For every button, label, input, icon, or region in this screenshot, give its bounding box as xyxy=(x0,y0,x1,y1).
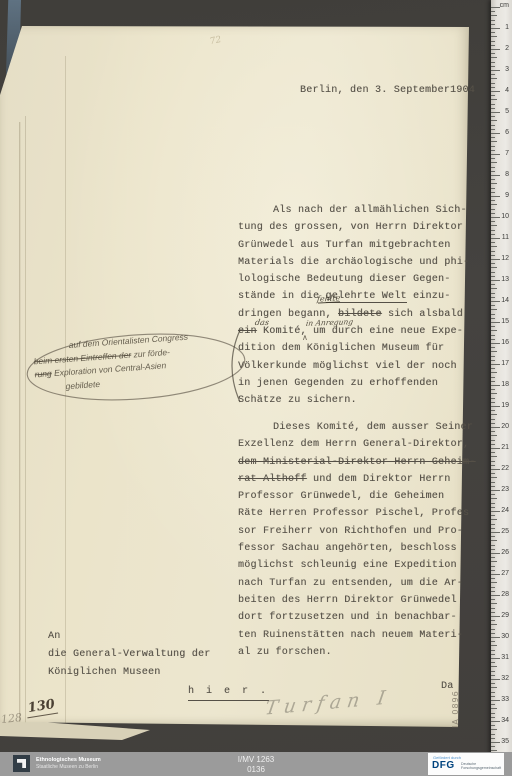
ruler-number: 18 xyxy=(501,381,509,389)
shelfmark-image-number: 0136 xyxy=(238,765,274,775)
typed-line: stände in die gelehrte Welt einzu- xyxy=(238,288,469,305)
typed-text: stände in die xyxy=(238,291,326,302)
ruler-number: 16 xyxy=(501,339,509,347)
footer-bar: Ethnologisches Museum Staatliche Museen … xyxy=(0,752,512,776)
struck-line: dem Ministerial-Direktor Herrn Geheim- xyxy=(238,454,476,471)
ruler-number: 27 xyxy=(501,570,509,578)
typed-line: in jenen Gegenden zu erhoffenden xyxy=(238,375,469,392)
typed-line: dition dem Königlichen Museum für xyxy=(238,340,469,357)
typed-text: und dem Direktor Herrn xyxy=(307,474,451,485)
margin-connector-brace xyxy=(222,328,244,404)
typed-text: sich alsbald xyxy=(382,309,463,320)
address-line: die General-Verwaltung der xyxy=(48,646,211,664)
inventory-stamp: IA 0896 xyxy=(451,682,461,728)
typed-line: Professor Grünwedel, die Geheimen xyxy=(238,488,476,505)
ruler-number: 3 xyxy=(505,66,509,74)
typed-line: fessor Sachau angehörten, beschloss xyxy=(238,540,476,557)
ruler-number: 1 xyxy=(505,24,509,32)
paragraph-1: Als nach der allmählichen Sich- tung des… xyxy=(238,202,469,410)
address-line: Königlichen Museen xyxy=(48,664,211,682)
ruler-number: 28 xyxy=(501,591,509,599)
paragraph-2: Dieses Komité, dem ausser Seiner Exzelle… xyxy=(238,419,476,661)
ruler-number: 31 xyxy=(501,654,509,662)
typed-line: beiten des Herrn Direktor Grünwedel xyxy=(238,592,476,609)
ruler-number: 4 xyxy=(505,87,509,95)
typed-line: Als nach der allmählichen Sich- xyxy=(238,202,469,219)
typed-line: möglichst schleunig eine Expedition xyxy=(238,557,476,574)
typed-line: Exzellenz dem Herrn General-Direktor, xyxy=(238,436,476,453)
ruler-number: 10 xyxy=(501,213,509,221)
museum-logo-mark xyxy=(17,759,26,768)
ruler-number: 6 xyxy=(505,129,509,137)
page-crease xyxy=(25,116,26,726)
ruler-number: 24 xyxy=(501,507,509,515)
address-block: An die General-Verwaltung der Königliche… xyxy=(48,628,211,682)
ruler-number: 29 xyxy=(501,612,509,620)
typed-line: nach Turfan zu entsenden, um die Ar- xyxy=(238,575,476,592)
typed-text: einzu- xyxy=(407,291,451,302)
handwritten-text: zur förde- xyxy=(131,346,171,359)
typed-line: dort fortzusetzen und in benachbar- xyxy=(238,609,476,626)
address-hier: h i e r . xyxy=(188,683,269,701)
handwritten-correction: das xyxy=(254,318,270,327)
dfg-org-line: Forschungsgemeinschaft xyxy=(461,766,501,770)
ruler-number: 20 xyxy=(501,423,509,431)
dfg-logo-box: Gefördert durch DFG Deutsche Forschungsg… xyxy=(428,753,504,775)
typed-line: Materials die archäologische und phi- xyxy=(238,254,469,271)
ruler-number: 19 xyxy=(501,402,509,410)
struck-handwriting: rung xyxy=(34,368,52,379)
ruler-number: 2 xyxy=(505,45,509,53)
typed-line: Dieses Komité, dem ausser Seiner xyxy=(238,419,476,436)
struck-text: rat Althoff xyxy=(238,474,307,485)
page-crease xyxy=(19,122,21,722)
ruler-number: 32 xyxy=(501,675,509,683)
ruler-number: 7 xyxy=(505,150,509,158)
dateline: Berlin, den 3. September1904 xyxy=(300,82,475,99)
insertion-caret: ∧ xyxy=(302,333,308,342)
museum-subtitle: Staatliche Museen zu Berlin xyxy=(36,764,98,770)
typed-line: Völkerkunde möglichst viel der noch xyxy=(238,358,469,375)
ruler-number: 11 xyxy=(502,234,509,242)
ruler-number: 8 xyxy=(505,171,509,179)
ruler-number: 9 xyxy=(505,192,509,200)
typed-line: Grünwedel aus Turfan mitgebrachten xyxy=(238,237,469,254)
ink-folio-number-under: 128 xyxy=(0,711,22,726)
typed-line: tung des grossen, von Herrn Direktor xyxy=(238,219,469,236)
ruler-number: 22 xyxy=(501,465,509,473)
ruler-number: 23 xyxy=(501,486,509,494)
typed-line: Räte Herren Professor Pischel, Profes xyxy=(238,505,476,522)
museum-name: Ethnologisches Museum xyxy=(36,757,101,763)
typed-text: Komité, um durch eine neue Expe- xyxy=(257,326,463,337)
ruler-number: 5 xyxy=(505,108,509,116)
archive-scan-viewer: 72 Berlin, den 3. September1904 Als nach… xyxy=(0,0,512,776)
ruler-unit-label: cm xyxy=(500,2,509,9)
ruler-number: 25 xyxy=(501,528,509,536)
typed-line: sor Freiherr von Richthofen und Pro- xyxy=(238,523,476,540)
ruler-number: 34 xyxy=(501,717,509,725)
typed-line: al zu forschen. xyxy=(238,644,476,661)
shelfmark-signature: I/MV 1263 xyxy=(238,755,274,765)
dfg-logo: DFG xyxy=(432,760,455,771)
ruler-number: 14 xyxy=(501,297,509,305)
typed-line: dringen begann, bildete sich alsbald xyxy=(238,306,469,323)
museum-logo-icon xyxy=(13,755,30,772)
handwritten-correction: fehlte xyxy=(317,293,341,303)
shelfmark: I/MV 1263 0136 xyxy=(238,755,274,774)
ruler-number: 15 xyxy=(501,318,509,326)
ruler-number: 26 xyxy=(501,549,509,557)
dfg-org-name: Deutsche Forschungsgemeinschaft xyxy=(461,762,501,771)
ruler: cm 1234567891011121314151617181920212223… xyxy=(491,0,512,776)
typed-line: Schätze zu sichern. xyxy=(238,392,469,409)
ruler-number: 12 xyxy=(501,255,509,263)
ruler-number: 17 xyxy=(501,360,509,368)
typed-line: lologische Bedeutung dieser Gegen- xyxy=(238,271,469,288)
typed-line: ten Ruinenstätten nach neuem Materi- xyxy=(238,627,476,644)
typed-line: ein Komité, um durch eine neue Expe- xyxy=(238,323,469,340)
ruler-number: 33 xyxy=(501,696,509,704)
typed-line: rat Althoff und dem Direktor Herrn xyxy=(238,471,476,488)
ruler-number: 35 xyxy=(501,738,509,746)
handwritten-correction: in Anregung xyxy=(305,317,353,328)
address-line: An xyxy=(48,628,211,646)
ruler-number: 30 xyxy=(501,633,509,641)
ruler-number: 13 xyxy=(501,276,509,284)
ruler-number: 21 xyxy=(501,444,509,452)
